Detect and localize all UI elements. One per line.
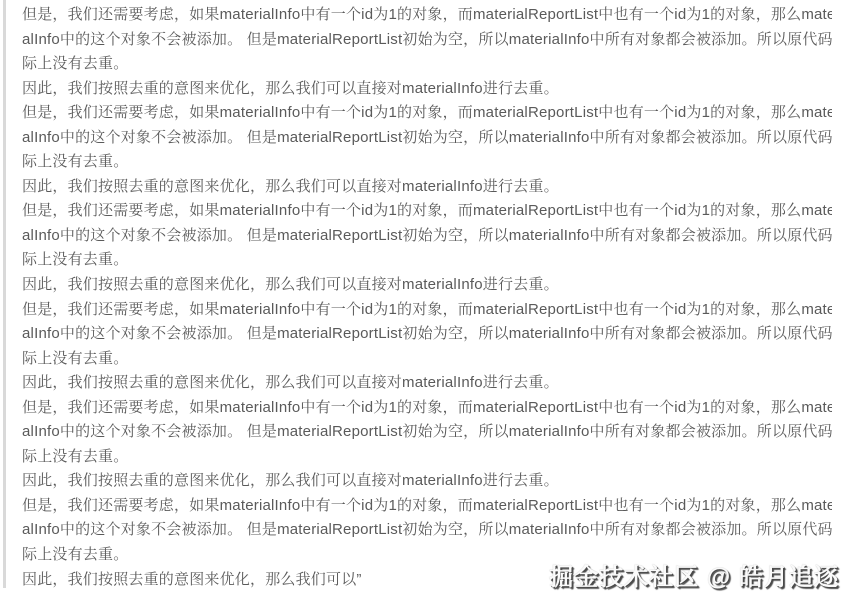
text-line: 但是，我们还需要考虑，如果materialInfo中有一个id为1的对象，而ma… bbox=[22, 396, 832, 421]
text-line: 际上没有去重。 bbox=[22, 150, 832, 175]
text-line: 因此，我们按照去重的意图来优化，那么我们可以直接对materialInfo进行去… bbox=[22, 273, 832, 298]
article-text-block: 但是，我们还需要考虑，如果materialInfo中有一个id为1的对象，而ma… bbox=[22, 3, 832, 592]
text-line: 但是，我们还需要考虑，如果materialInfo中有一个id为1的对象，而ma… bbox=[22, 101, 832, 126]
text-line: 际上没有去重。 bbox=[22, 347, 832, 372]
text-line: 因此，我们按照去重的意图来优化，那么我们可以直接对materialInfo进行去… bbox=[22, 175, 832, 200]
text-line: 因此，我们按照去重的意图来优化，那么我们可以直接对materialInfo进行去… bbox=[22, 371, 832, 396]
text-line: 际上没有去重。 bbox=[22, 248, 832, 273]
text-line: 但是，我们还需要考虑，如果materialInfo中有一个id为1的对象，而ma… bbox=[22, 494, 832, 519]
text-line: alInfo中的这个对象不会被添加。 但是materialReportList初… bbox=[22, 322, 832, 347]
text-line: 但是，我们还需要考虑，如果materialInfo中有一个id为1的对象，而ma… bbox=[22, 3, 832, 28]
text-line: alInfo中的这个对象不会被添加。 但是materialReportList初… bbox=[22, 420, 832, 445]
text-line: alInfo中的这个对象不会被添加。 但是materialReportList初… bbox=[22, 518, 832, 543]
blockquote-left-border bbox=[3, 0, 6, 588]
text-line: 际上没有去重。 bbox=[22, 52, 832, 77]
text-line: alInfo中的这个对象不会被添加。 但是materialReportList初… bbox=[22, 28, 832, 53]
text-line: 但是，我们还需要考虑，如果materialInfo中有一个id为1的对象，而ma… bbox=[22, 298, 832, 323]
text-line: 因此，我们按照去重的意图来优化，那么我们可以直接对materialInfo进行去… bbox=[22, 77, 832, 102]
text-line: alInfo中的这个对象不会被添加。 但是materialReportList初… bbox=[22, 126, 832, 151]
text-line: 际上没有去重。 bbox=[22, 445, 832, 470]
text-line: 因此，我们按照去重的意图来优化，那么我们可以直接对materialInfo进行去… bbox=[22, 469, 832, 494]
watermark: 掘金技术社区 @ 皓月追逐 bbox=[549, 557, 839, 592]
text-line: 但是，我们还需要考虑，如果materialInfo中有一个id为1的对象，而ma… bbox=[22, 199, 832, 224]
text-line: alInfo中的这个对象不会被添加。 但是materialReportList初… bbox=[22, 224, 832, 249]
